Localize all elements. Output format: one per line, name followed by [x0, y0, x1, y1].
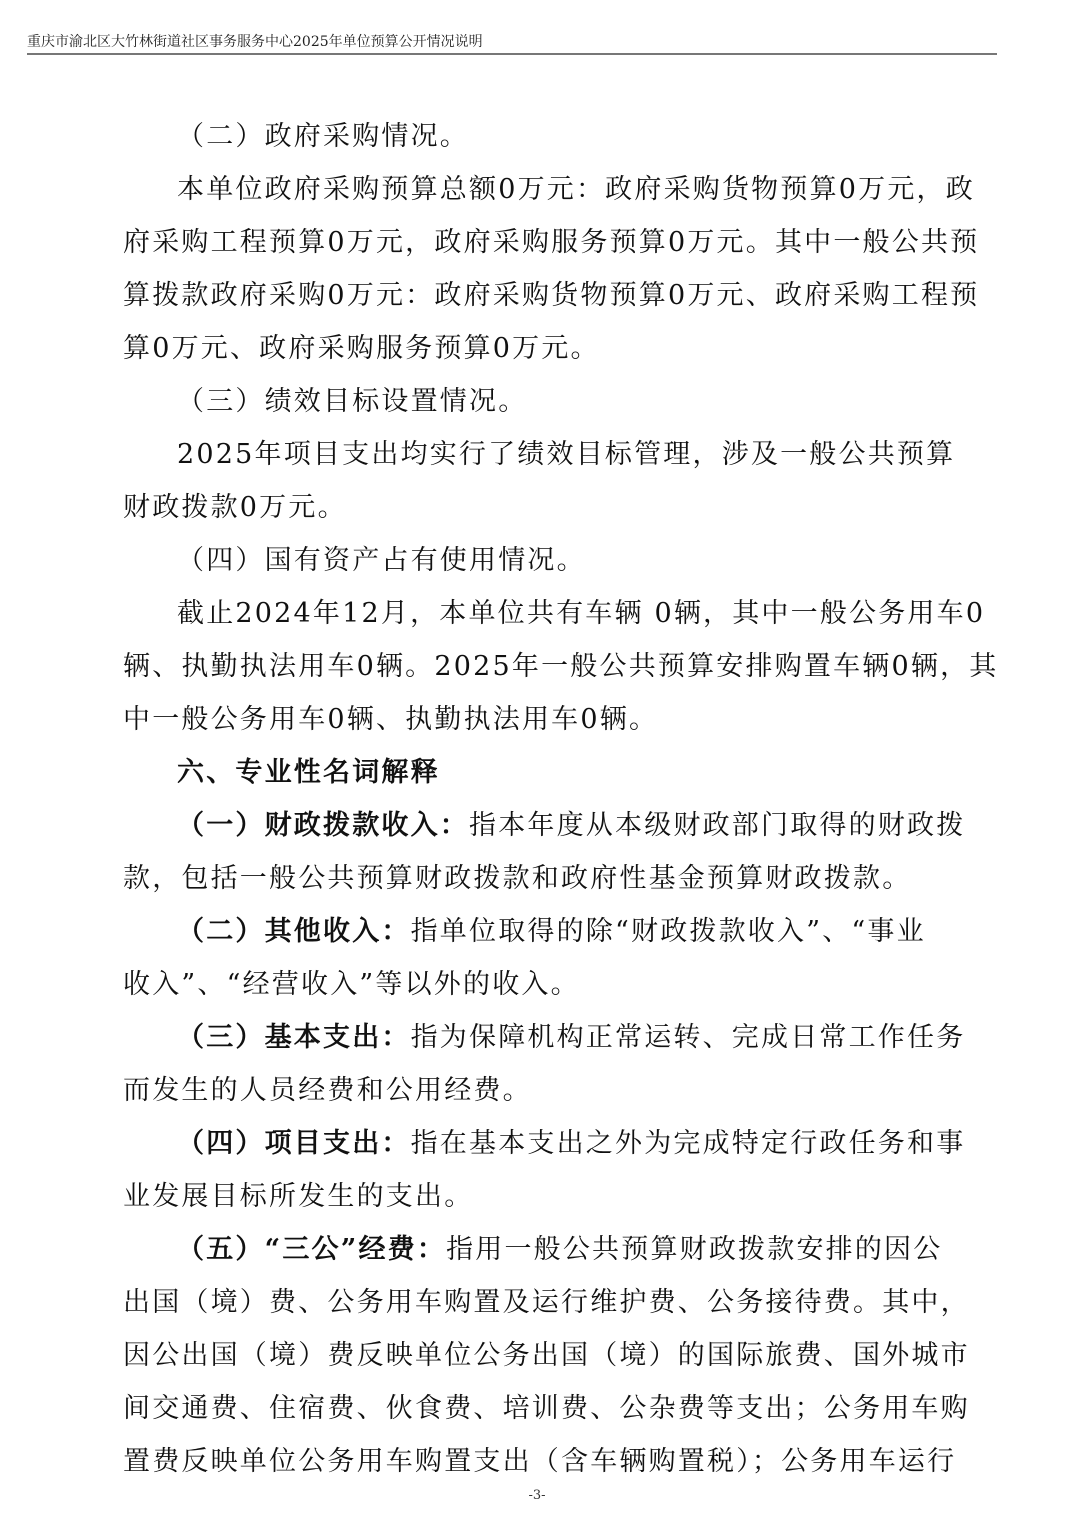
- glossary-item-basic-expenditure: （三）基本支出：指为保障机构正常运转、完成日常工作任务: [123, 1011, 959, 1064]
- glossary-term: （五）“三公”经费：: [177, 1234, 446, 1265]
- glossary-definition: 指单位取得的除“财政拨款收入”、“事业: [411, 916, 926, 947]
- header-divider: [27, 53, 997, 55]
- section-heading-performance: （三）绩效目标设置情况。: [123, 375, 959, 428]
- paragraph-line: 收入”、“经营收入”等以外的收入。: [123, 958, 959, 1011]
- glossary-term: （四）项目支出：: [177, 1128, 411, 1159]
- section-heading-procurement: （二）政府采购情况。: [123, 110, 959, 163]
- glossary-definition: 指在基本支出之外为完成特定行政任务和事: [411, 1128, 966, 1159]
- glossary-term: （三）基本支出：: [177, 1022, 411, 1053]
- paragraph-line: 款，包括一般公共预算财政拨款和政府性基金预算财政拨款。: [123, 852, 959, 905]
- paragraph-line: 截止2024年12月，本单位共有车辆 0辆，其中一般公务用车0: [123, 587, 959, 640]
- glossary-item-fiscal-appropriation: （一）财政拨款收入：指本年度从本级财政部门取得的财政拨: [123, 799, 959, 852]
- paragraph-line: 财政拨款0万元。: [123, 481, 959, 534]
- paragraph-line: 算拨款政府采购0万元：政府采购货物预算0万元、政府采购工程预: [123, 269, 959, 322]
- paragraph-line: 业发展目标所发生的支出。: [123, 1170, 959, 1223]
- glossary-item-other-income: （二）其他收入：指单位取得的除“财政拨款收入”、“事业: [123, 905, 959, 958]
- paragraph-line: 本单位政府采购预算总额0万元：政府采购货物预算0万元，政: [123, 163, 959, 216]
- page-number: -3-: [0, 1488, 1074, 1503]
- glossary-definition: 指为保障机构正常运转、完成日常工作任务: [411, 1022, 966, 1053]
- paragraph-line: 因公出国（境）费反映单位公务出国（境）的国际旅费、国外城市: [123, 1329, 959, 1382]
- paragraph-line: 间交通费、住宿费、伙食费、培训费、公杂费等支出；公务用车购: [123, 1382, 959, 1435]
- section-heading-glossary: 六、专业性名词解释: [123, 746, 959, 799]
- glossary-definition: 指本年度从本级财政部门取得的财政拨: [469, 810, 965, 841]
- paragraph-line: 出国（境）费、公务用车购置及运行维护费、公务接待费。其中，: [123, 1276, 959, 1329]
- glossary-item-project-expenditure: （四）项目支出：指在基本支出之外为完成特定行政任务和事: [123, 1117, 959, 1170]
- document-body: （二）政府采购情况。 本单位政府采购预算总额0万元：政府采购货物预算0万元，政 …: [123, 110, 959, 1488]
- paragraph-line: 算0万元、政府采购服务预算0万元。: [123, 322, 959, 375]
- paragraph-line: 辆、执勤执法用车0辆。2025年一般公共预算安排购置车辆0辆，其: [123, 640, 959, 693]
- glossary-term: （二）其他收入：: [177, 916, 411, 947]
- running-header: 重庆市渝北区大竹林街道社区事务服务中心2025年单位预算公开情况说明: [27, 33, 997, 51]
- glossary-definition: 指用一般公共预算财政拨款安排的因公: [446, 1234, 942, 1265]
- paragraph-line: 置费反映单位公务用车购置支出（含车辆购置税）；公务用车运行: [123, 1435, 959, 1488]
- paragraph-line: 中一般公务用车0辆、执勤执法用车0辆。: [123, 693, 959, 746]
- section-heading-assets: （四）国有资产占有使用情况。: [123, 534, 959, 587]
- paragraph-line: 2025年项目支出均实行了绩效目标管理，涉及一般公共预算: [123, 428, 959, 481]
- glossary-item-three-public-expenses: （五）“三公”经费：指用一般公共预算财政拨款安排的因公: [123, 1223, 959, 1276]
- paragraph-line: 府采购工程预算0万元，政府采购服务预算0万元。其中一般公共预: [123, 216, 959, 269]
- paragraph-line: 而发生的人员经费和公用经费。: [123, 1064, 959, 1117]
- document-title: 重庆市渝北区大竹林街道社区事务服务中心2025年单位预算公开情况说明: [27, 33, 997, 51]
- glossary-term: （一）财政拨款收入：: [177, 810, 469, 841]
